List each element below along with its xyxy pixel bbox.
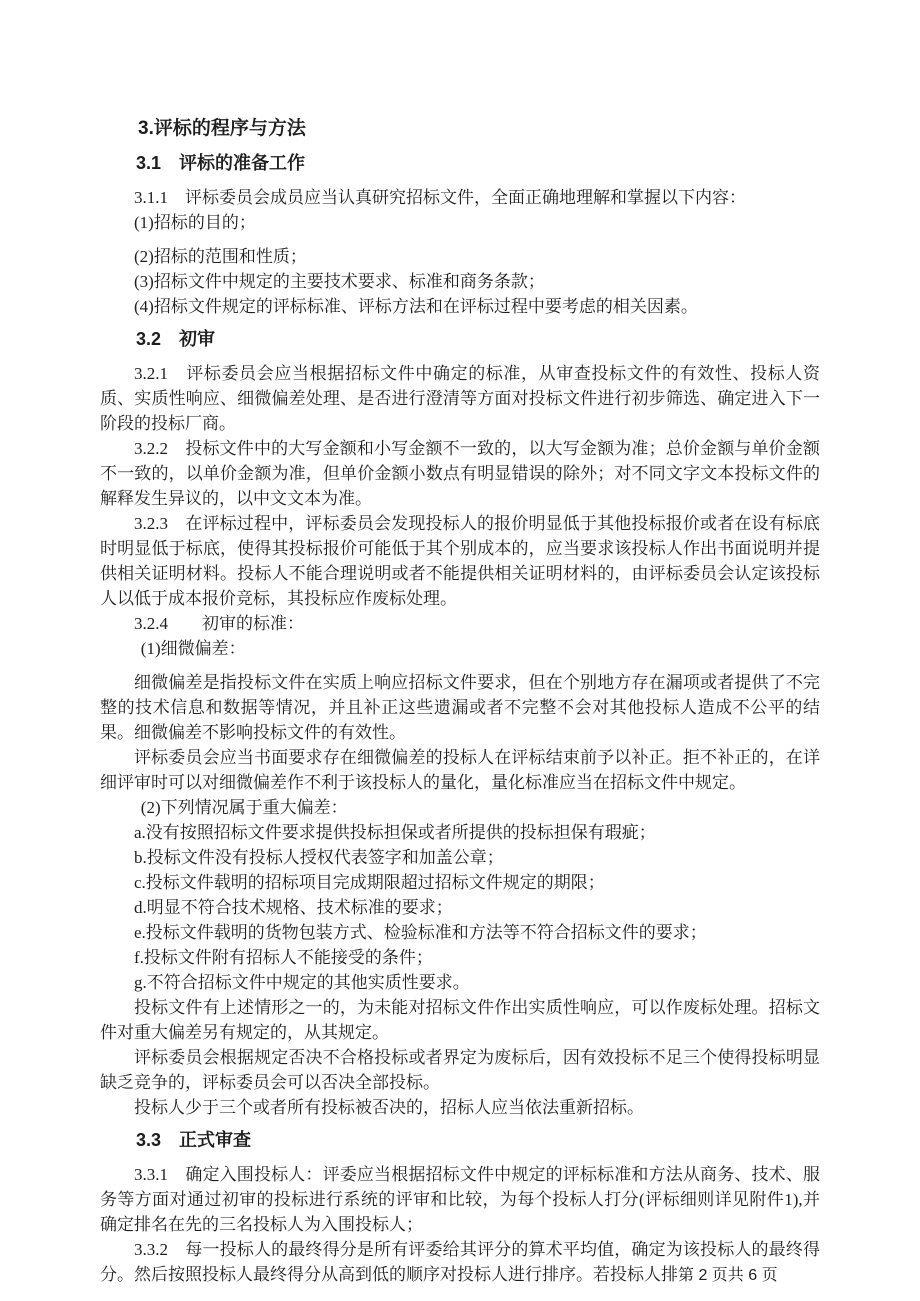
- major-deviation-item-c: c.投标文件载明的招标项目完成期限超过招标文件规定的期限；: [100, 870, 820, 895]
- list-item-2: (2)招标的范围和性质；: [100, 244, 820, 269]
- paragraph-rebid-rule: 投标人少于三个或者所有投标被否决的，招标人应当依法重新招标。: [100, 1095, 820, 1120]
- paragraph-invalid-bid-handling: 投标文件有上述情形之一的，为未能对招标文件作出实质性响应，可以作废标处理。招标文…: [100, 995, 820, 1045]
- page-footer: 第 2 页共 6 页: [678, 1267, 778, 1284]
- subsection-heading-3-2: 3.2 初审: [100, 326, 820, 352]
- paragraph-3-2-1: 3.2.1 评标委员会应当根据招标文件中确定的标准，从审查投标文件的有效性、投标…: [100, 361, 820, 436]
- paragraph-reject-all-bids: 评标委员会根据规定否决不合格投标或者界定为废标后，因有效投标不足三个使得投标明显…: [100, 1045, 820, 1095]
- list-item-3: (3)招标文件中规定的主要技术要求、标准和商务条款；: [100, 269, 820, 294]
- deviation-item-minor: (1)细微偏差：: [100, 636, 820, 661]
- major-deviation-item-e: e.投标文件载明的货物包装方式、检验标准和方法等不符合招标文件的要求；: [100, 920, 820, 945]
- paragraph-3-2-2: 3.2.2 投标文件中的大写金额和小写金额不一致的，以大写金额为准；总价金额与单…: [100, 436, 820, 511]
- paragraph-3-1-1: 3.1.1 评标委员会成员应当认真研究招标文件，全面正确地理解和掌握以下内容：: [100, 185, 820, 210]
- subsection-heading-3-3: 3.3 正式审查: [100, 1127, 820, 1153]
- document-page: 3.评标的程序与方法 3.1 评标的准备工作 3.1.1 评标委员会成员应当认真…: [0, 0, 920, 1301]
- paragraph-3-2-4: 3.2.4 初审的标准：: [100, 611, 820, 636]
- paragraph-minor-deviation-correction: 评标委员会应当书面要求存在细微偏差的投标人在评标结束前予以补正。拒不补正的，在详…: [100, 745, 820, 795]
- list-item-1: (1)招标的目的；: [100, 210, 820, 235]
- major-deviation-item-b: b.投标文件没有投标人授权代表签字和加盖公章；: [100, 845, 820, 870]
- paragraph-3-2-3: 3.2.3 在评标过程中，评标委员会发现投标人的报价明显低于其他投标报价或者在设…: [100, 511, 820, 611]
- major-deviation-item-f: f.投标文件附有招标人不能接受的条件；: [100, 945, 820, 970]
- major-deviation-item-a: a.没有按照招标文件要求提供投标担保或者所提供的投标担保有瑕疵；: [100, 820, 820, 845]
- section-heading-3: 3.评标的程序与方法: [100, 116, 820, 142]
- subsection-heading-3-1: 3.1 评标的准备工作: [100, 150, 820, 176]
- paragraph-3-3-1: 3.3.1 确定入围投标人：评委应当根据招标文件中规定的评标标准和方法从商务、技…: [100, 1162, 820, 1237]
- list-item-4: (4)招标文件规定的评标标准、评标方法和在评标过程中要考虑的相关因素。: [100, 294, 820, 319]
- major-deviation-item-d: d.明显不符合技术规格、技术标准的要求；: [100, 895, 820, 920]
- major-deviation-item-g: g.不符合招标文件中规定的其他实质性要求。: [100, 970, 820, 995]
- deviation-item-major: (2)下列情况属于重大偏差：: [100, 795, 820, 820]
- paragraph-3-3-2: 3.3.2 每一投标人的最终得分是所有评委给其评分的算术平均值，确定为该投标人的…: [100, 1237, 820, 1288]
- paragraph-minor-deviation-definition: 细微偏差是指投标文件在实质上响应招标文件要求，但在个别地方存在漏项或者提供了不完…: [100, 670, 820, 745]
